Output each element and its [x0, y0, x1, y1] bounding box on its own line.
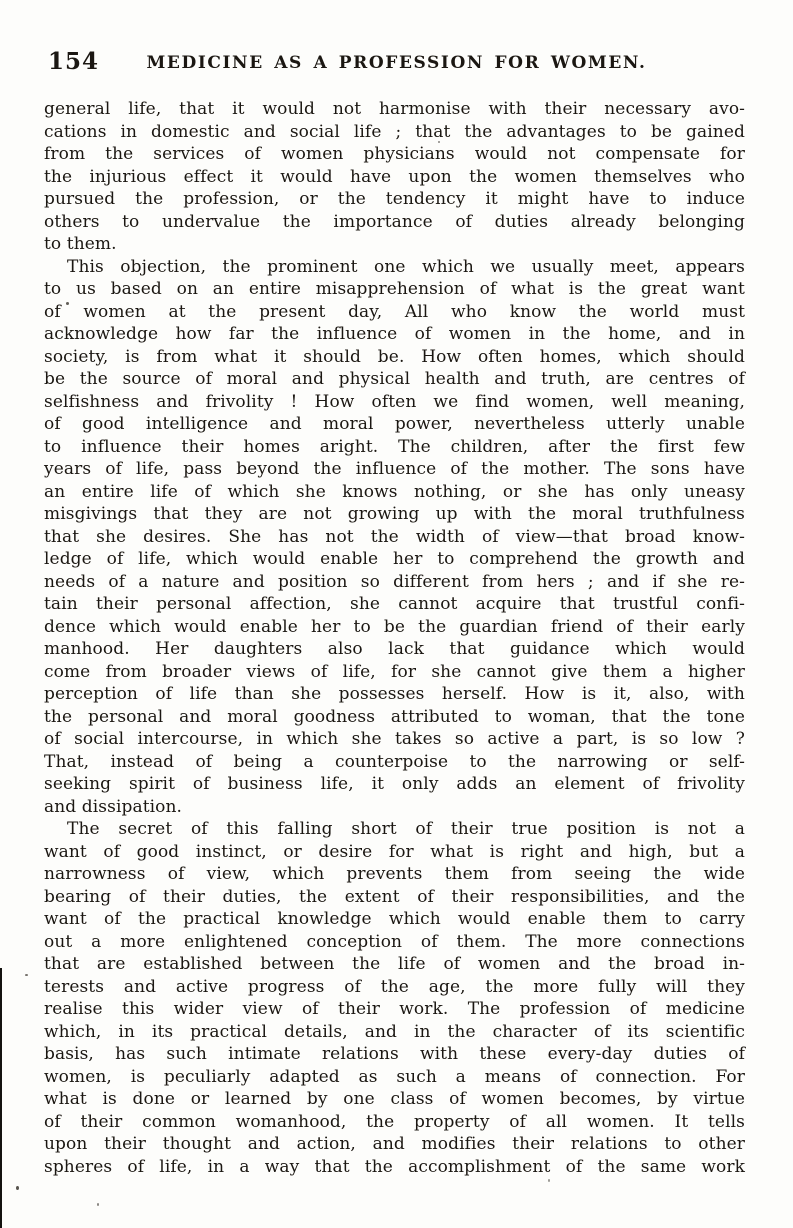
text-line: that she desires. She has not the width … [44, 526, 745, 549]
text-line: general life, that it would not harmonis… [44, 98, 745, 121]
text-line: spheres of life, in a way that the accom… [44, 1156, 745, 1179]
text-line: tain their personal affection, she canno… [44, 593, 745, 616]
text-line: from the services of women physicians wo… [44, 143, 745, 166]
text-line: to us based on an entire misapprehension… [44, 278, 745, 301]
paragraph: This objection, the prominent one which … [44, 256, 745, 819]
document-page: 154 MEDICINE AS A PROFESSION FOR WOMEN. … [0, 0, 793, 1228]
text-line: the injurious effect it would have upon … [44, 166, 745, 189]
text-line: narrowness of view, which prevents them … [44, 863, 745, 886]
text-line: basis, has such intimate relations with … [44, 1043, 745, 1066]
text-line: want of good instinct, or desire for wha… [44, 841, 745, 864]
text-line: misgivings that they are not growing up … [44, 503, 745, 526]
text-line: seeking spirit of business life, it only… [44, 773, 745, 796]
scan-speck [66, 302, 69, 305]
text-line: of good intelligence and moral power, ne… [44, 413, 745, 436]
text-line: of social intercourse, in which she take… [44, 728, 745, 751]
paragraph: general life, that it would not harmonis… [44, 98, 745, 256]
text-line: bearing of their duties, the extent of t… [44, 886, 745, 909]
text-line: years of life, pass beyond the influence… [44, 458, 745, 481]
text-line: The secret of this falling short of thei… [44, 818, 745, 841]
text-line: acknowledge how far the influence of wom… [44, 323, 745, 346]
text-line: others to undervalue the importance of d… [44, 211, 745, 234]
text-line: and dissipation. [44, 796, 745, 819]
text-line: women, is peculiarly adapted as such a m… [44, 1066, 745, 1089]
text-line: manhood. Her daughters also lack that gu… [44, 638, 745, 661]
page-header: 154 MEDICINE AS A PROFESSION FOR WOMEN. [48, 49, 745, 79]
text-line: which, in its practical details, and in … [44, 1021, 745, 1044]
scan-edge-line [0, 968, 2, 1228]
scan-speck [25, 974, 28, 976]
text-line: be the source of moral and physical heal… [44, 368, 745, 391]
text-line: That, instead of being a counterpoise to… [44, 751, 745, 774]
text-line: dence which would enable her to be the g… [44, 616, 745, 639]
text-line: an entire life of which she knows nothin… [44, 481, 745, 504]
text-line: to them. [44, 233, 745, 256]
scan-speck [16, 1186, 19, 1190]
paragraph: The secret of this falling short of thei… [44, 818, 745, 1178]
text-line: out a more enlightened conception of the… [44, 931, 745, 954]
running-title: MEDICINE AS A PROFESSION FOR WOMEN. [48, 49, 745, 77]
scan-speck [548, 1179, 550, 1182]
text-line: what is done or learned by one class of … [44, 1088, 745, 1111]
text-line: come from broader views of life, for she… [44, 661, 745, 684]
text-line: that are established between the life of… [44, 953, 745, 976]
text-line: of their common womanhood, the property … [44, 1111, 745, 1134]
text-line: pursued the profession, or the tendency … [44, 188, 745, 211]
text-line: upon their thought and action, and modif… [44, 1133, 745, 1156]
text-line: society, is from what it should be. How … [44, 346, 745, 369]
text-line: perception of life than she possesses he… [44, 683, 745, 706]
text-line: terests and active progress of the age, … [44, 976, 745, 999]
text-line: of women at the present day, All who kno… [44, 301, 745, 324]
text-line: This objection, the prominent one which … [44, 256, 745, 279]
text-line: realise this wider view of their work. T… [44, 998, 745, 1021]
text-line: to influence their homes aright. The chi… [44, 436, 745, 459]
text-line: cations in domestic and social life ; th… [44, 121, 745, 144]
body-text: general life, that it would not harmonis… [44, 98, 745, 1178]
scan-speck [438, 141, 440, 143]
text-line: want of the practical knowledge which wo… [44, 908, 745, 931]
text-line: the personal and moral goodness attribut… [44, 706, 745, 729]
text-line: needs of a nature and position so differ… [44, 571, 745, 594]
text-line: ledge of life, which would enable her to… [44, 548, 745, 571]
text-line: selfishness and frivolity ! How often we… [44, 391, 745, 414]
scan-speck [97, 1203, 99, 1206]
page-number: 154 [48, 49, 99, 75]
